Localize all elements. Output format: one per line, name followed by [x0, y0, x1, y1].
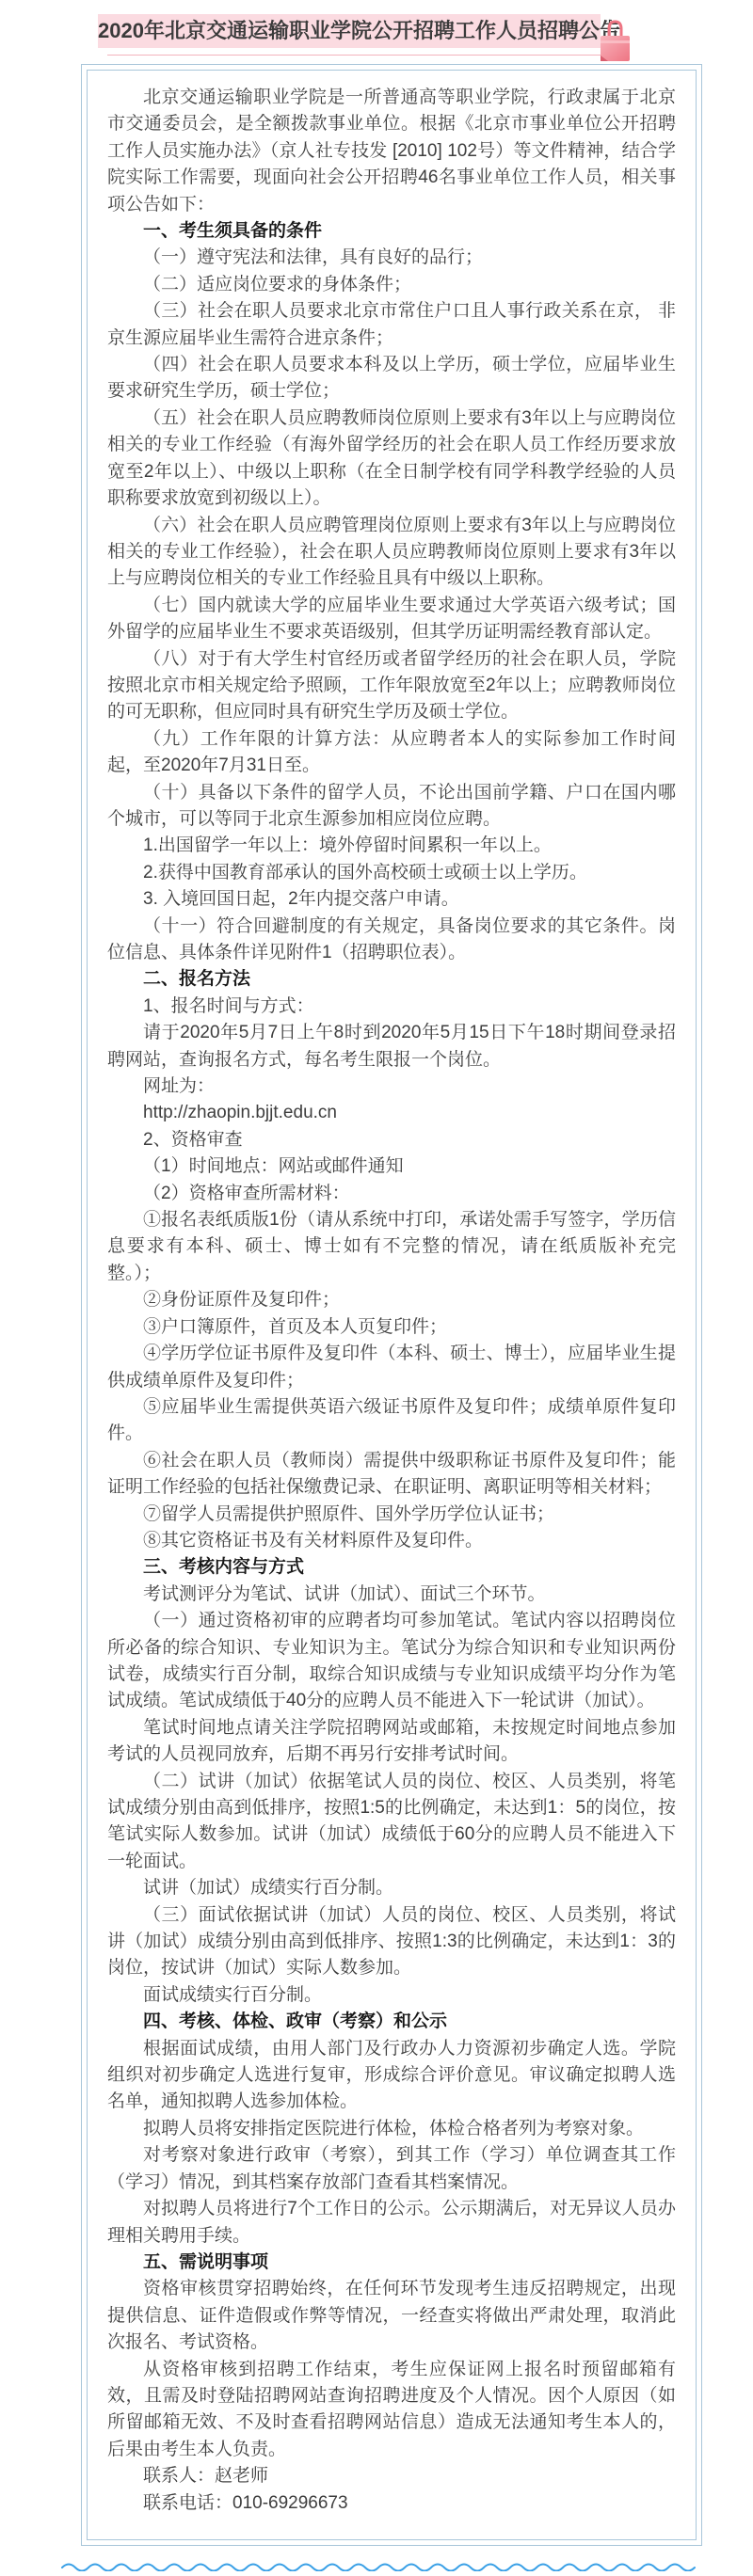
paragraph: （1）时间地点：网站或邮件通知 — [107, 1153, 676, 1180]
paragraph: 拟聘人员将安排指定医院进行体检，体检合格者列为考察对象。 — [107, 2116, 676, 2142]
announcement-page: 2020年北京交通运输职业学院公开招聘工作人员招聘公告 北京交通运输职业学院是一… — [0, 14, 753, 2571]
paragraph: （三）面试依据试讲（加试）人员的岗位、校区、人员类别，将试讲（加试）成绩分别由高… — [107, 1902, 676, 1982]
paragraph: （一）遵守宪法和法律，具有良好的品行； — [107, 245, 676, 271]
paragraph: 考试测评分为笔试、试讲（加试）、面试三个环节。 — [107, 1582, 676, 1608]
section-heading-4: 四、考核、体检、政审（考察）和公示 — [107, 2009, 676, 2035]
section-heading-1: 一、考生须具备的条件 — [107, 218, 676, 245]
paragraph: （一）通过资格初审的应聘者均可参加笔试。笔试内容以招聘岗位所必备的综合知识、专业… — [107, 1608, 676, 1715]
announcement-body-box: 北京交通运输职业学院是一所普通高等职业学院，行政隶属于北京市交通委员会，是全额拨… — [81, 64, 702, 2546]
paragraph: ④学历学位证书原件及复印件（本科、硕士、博士），应届毕业生提供成绩单原件及复印件… — [107, 1341, 676, 1394]
paragraph: ③户口簿原件，首页及本人页复印件； — [107, 1314, 676, 1341]
title-banner: 2020年北京交通运输职业学院公开招聘工作人员招聘公告 — [98, 14, 601, 48]
paragraph: （八）对于有大学生村官经历或者留学经历的社会在职人员，学院按照北京市相关规定给予… — [107, 646, 676, 726]
recruitment-url[interactable]: http://zhaopin.bjjt.edu.cn — [107, 1100, 676, 1126]
paragraph: 2.获得中国教育部承认的国外高校硕士或硕士以上学历。 — [107, 860, 676, 886]
contact-person: 联系人：赵老师 — [107, 2463, 676, 2489]
paragraph: 网址为： — [107, 1073, 676, 1100]
wave-divider — [60, 2558, 697, 2571]
paragraph: （二）试讲（加试）依据笔试人员的岗位、校区、人员类别，将笔试成绩分别由高到低排序… — [107, 1769, 676, 1876]
paragraph: ⑤应届毕业生需提供英语六级证书原件及复印件；成绩单原件复印件。 — [107, 1394, 676, 1448]
section-heading-3: 三、考核内容与方式 — [107, 1554, 676, 1581]
contact-phone: 联系电话：010-69296673 — [107, 2490, 676, 2517]
paragraph: （三）社会在职人员要求北京市常住户口且人事行政关系在京， 非京生源应届毕业生需符… — [107, 298, 676, 352]
paragraph: 资格审核贯穿招聘始终，在任何环节发现考生违反招聘规定，出现提供信息、证件造假或作… — [107, 2276, 676, 2356]
paragraph: ⑧其它资格证书及有关材料原件及复印件。 — [107, 1528, 676, 1554]
page-title: 2020年北京交通运输职业学院公开招聘工作人员招聘公告 — [98, 14, 601, 48]
paragraph: （七）国内就读大学的应届毕业生要求通过大学英语六级考试；国外留学的应届毕业生不要… — [107, 593, 676, 646]
paragraph: ②身份证原件及复印件； — [107, 1287, 676, 1313]
paragraph: ⑦留学人员需提供护照原件、国外学历学位认证书； — [107, 1502, 676, 1528]
paragraph: ⑥社会在职人员（教师岗）需提供中级职称证书原件及复印件；能证明工作经验的包括社保… — [107, 1448, 676, 1502]
handbag-icon — [597, 18, 634, 65]
paragraph: （十）具备以下条件的留学人员，不论出国前学籍、户口在国内哪个城市，可以等同于北京… — [107, 780, 676, 834]
paragraph: （九）工作年限的计算方法：从应聘者本人的实际参加工作时间起，至2020年7月31… — [107, 726, 676, 780]
paragraph: 从资格审核到招聘工作结束，考生应保证网上报名时预留邮箱有效，且需及时登陆招聘网站… — [107, 2357, 676, 2464]
intro-paragraph: 北京交通运输职业学院是一所普通高等职业学院，行政隶属于北京市交通委员会，是全额拨… — [107, 85, 676, 218]
paragraph: 对考察对象进行政审（考察），到其工作（学习）单位调查其工作（学习）情况，到其档案… — [107, 2142, 676, 2196]
paragraph: （六）社会在职人员应聘管理岗位原则上要求有3年以上与应聘岗位相关的专业工作经验）… — [107, 513, 676, 593]
paragraph: （十一）符合回避制度的有关规定，具备岗位要求的其它条件。岗位信息、具体条件详见附… — [107, 914, 676, 967]
paragraph: （二）适应岗位要求的身体条件； — [107, 272, 676, 298]
paragraph: （2）资格审查所需材料： — [107, 1181, 676, 1207]
paragraph: 3. 入境回国日起，2年内提交落户申请。 — [107, 886, 676, 913]
paragraph: （四）社会在职人员要求本科及以上学历，硕士学位，应届毕业生要求研究生学历，硕士学… — [107, 352, 676, 405]
document-content: 北京交通运输职业学院是一所普通高等职业学院，行政隶属于北京市交通委员会，是全额拨… — [107, 85, 676, 2517]
paragraph: 1、报名时间与方式： — [107, 994, 676, 1020]
paragraph: 1.出国留学一年以上：境外停留时间累积一年以上。 — [107, 833, 676, 859]
paragraph: 请于2020年5月7日上午8时到2020年5月15日下午18时期间登录招聘网站，… — [107, 1020, 676, 1073]
paragraph: 根据面试成绩，由用人部门及行政办人力资源初步确定人选。学院组织对初步确定人选进行… — [107, 2036, 676, 2116]
section-heading-2: 二、报名方法 — [107, 966, 676, 993]
paragraph: 面试成绩实行百分制。 — [107, 1982, 676, 2009]
paragraph: 对拟聘人员将进行7个工作日的公示。公示期满后，对无异议人员办理相关聘用手续。 — [107, 2196, 676, 2250]
paragraph: ①报名表纸质版1份（请从系统中打印，承诺处需手写签字，学历信息要求有本科、硕士、… — [107, 1207, 676, 1287]
paragraph: 笔试时间地点请关注学院招聘网站或邮箱，未按规定时间地点参加考试的人员视同放弃，后… — [107, 1715, 676, 1769]
paragraph: 2、资格审查 — [107, 1127, 676, 1153]
paragraph: 试讲（加试）成绩实行百分制。 — [107, 1875, 676, 1901]
paragraph: （五）社会在职人员应聘教师岗位原则上要求有3年以上与应聘岗位相关的专业工作经验（… — [107, 405, 676, 513]
section-heading-5: 五、需说明事项 — [107, 2250, 676, 2276]
